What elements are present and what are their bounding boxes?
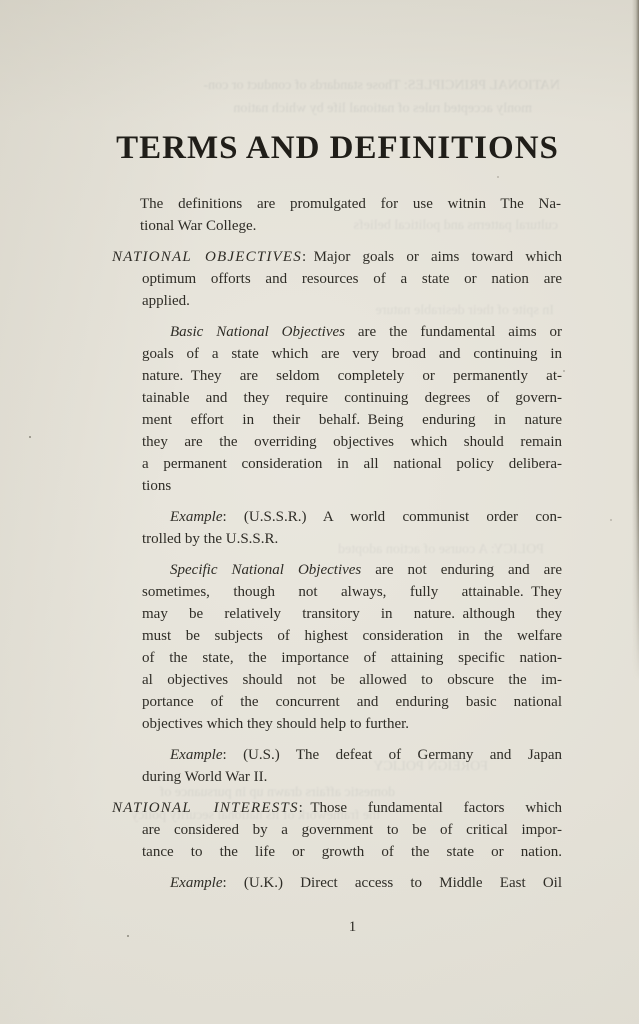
- text-line: optimum offorts and resources of a state…: [142, 268, 562, 290]
- text-segment: al objectives should not be allowed to o…: [142, 672, 562, 688]
- text-line: Example: (U.S.S.R.) A world communist or…: [142, 506, 562, 528]
- text-line: tance to the life or growth of the state…: [142, 841, 562, 863]
- text-line: applied.: [142, 290, 562, 312]
- text-line: sometimes, though not always, fully atta…: [142, 581, 562, 603]
- page-title: TERMS AND DEFINITIONS: [0, 130, 639, 167]
- text-segment: Example: [170, 875, 222, 891]
- text-segment: tainable and they require continuing deg…: [142, 390, 562, 406]
- text-segment: trolled by the U.S.S.R.: [142, 531, 278, 547]
- text-segment: must be subjects of highest consideratio…: [142, 628, 562, 644]
- text-segment: goals of a state which are very broad an…: [142, 346, 562, 362]
- text-segment: are considered by a government to be of …: [142, 822, 562, 838]
- text-line: may be relatively transitory in nature. …: [142, 603, 562, 625]
- text-line: must be subjects of highest consideratio…: [142, 625, 562, 647]
- text-segment: may be relatively transitory in nature. …: [142, 606, 562, 622]
- text-line: trolled by the U.S.S.R.: [142, 528, 562, 550]
- text-segment: a permanent consideration in all nationa…: [142, 456, 562, 472]
- text-segment: during World War II.: [142, 769, 267, 785]
- text-line: Example: (U.S.) The defeat of Germany an…: [142, 744, 562, 766]
- text-segment: optimum offorts and resources of a state…: [142, 271, 562, 287]
- text-line: NATIONAL INTERESTS: Those fundamental fa…: [112, 797, 562, 819]
- text-line: nature. They are seldom completely or pe…: [142, 365, 562, 387]
- text-segment: objectives which they should help to fur…: [142, 716, 409, 732]
- text-line: tainable and they require continuing deg…: [142, 387, 562, 409]
- basic-national-objectives-paragraph: Basic National Objectives are the fundam…: [142, 321, 562, 497]
- text-segment: : (U.S.S.R.) A world communist order con…: [222, 509, 562, 525]
- text-line: The definitions are promulgated for use …: [140, 193, 561, 215]
- specific-national-objectives-paragraph: Specific National Objectives are not end…: [142, 559, 562, 735]
- text-segment: are the fundamental aims or: [345, 324, 562, 340]
- text-segment: : (U.S.) The defeat of Germany and Japan: [222, 747, 562, 763]
- scanned-page: NATIONAL PRINCIPLES: Those standards of …: [0, 0, 639, 1024]
- text-segment: tional War College.: [140, 218, 256, 234]
- text-line: tions: [142, 475, 562, 497]
- text-line: they are the overriding objectives which…: [142, 431, 562, 453]
- text-segment: Specific National Objectives: [170, 562, 361, 578]
- text-line: a permanent consideration in all nationa…: [142, 453, 562, 475]
- text-segment: applied.: [142, 293, 190, 309]
- text-segment: Example: [170, 747, 222, 763]
- paper-speck: [497, 176, 499, 178]
- bleedthrough-text: NATIONAL PRINCIPLES: Those standards of …: [108, 76, 560, 96]
- term-national-objectives: NATIONAL OBJECTIVES: Major goals or aims…: [142, 246, 562, 312]
- text-line: objectives which they should help to fur…: [142, 713, 562, 735]
- text-line: goals of a state which are very broad an…: [142, 343, 562, 365]
- example-us: Example: (U.S.) The defeat of Germany an…: [142, 744, 562, 788]
- text-segment: ment effort in their behalf. Being endur…: [142, 412, 562, 428]
- intro-paragraph: The definitions are promulgated for use …: [140, 193, 561, 237]
- text-segment: tance to the life or growth of the state…: [142, 844, 562, 860]
- text-segment: : Major goals or aims toward which: [302, 249, 562, 265]
- document-body: The definitions are promulgated for use …: [0, 193, 639, 903]
- text-line: Specific National Objectives are not end…: [142, 559, 562, 581]
- text-line: NATIONAL OBJECTIVES: Major goals or aims…: [112, 246, 562, 268]
- text-segment: nature. They are seldom completely or pe…: [142, 368, 562, 384]
- text-line: al objectives should not be allowed to o…: [142, 669, 562, 691]
- term-name: NATIONAL OBJECTIVES: [112, 249, 302, 265]
- text-line: portance of the concurrent and enduring …: [142, 691, 562, 713]
- text-segment: sometimes, though not always, fully atta…: [142, 584, 562, 600]
- text-segment: Example: [170, 509, 222, 525]
- text-line: are considered by a government to be of …: [142, 819, 562, 841]
- text-line: of the state, the importance of attainin…: [142, 647, 562, 669]
- text-segment: Basic National Objectives: [170, 324, 345, 340]
- term-name: NATIONAL INTERESTS: [112, 800, 299, 816]
- text-line: ment effort in their behalf. Being endur…: [142, 409, 562, 431]
- text-segment: portance of the concurrent and enduring …: [142, 694, 562, 710]
- text-segment: tions: [142, 478, 171, 494]
- text-segment: : (U.K.) Direct access to Middle East Oi…: [222, 875, 562, 891]
- term-national-interests: NATIONAL INTERESTS: Those fundamental fa…: [142, 797, 562, 863]
- text-segment: are not enduring and are: [361, 562, 562, 578]
- example-uk: Example: (U.K.) Direct access to Middle …: [142, 872, 562, 894]
- text-line: Basic National Objectives are the fundam…: [142, 321, 562, 343]
- text-segment: The definitions are promulgated for use …: [140, 196, 561, 212]
- text-segment: : Those fundamental factors which: [299, 800, 562, 816]
- text-line: during World War II.: [142, 766, 562, 788]
- text-line: tional War College.: [140, 215, 561, 237]
- page-number: 1: [0, 919, 639, 936]
- text-line: Example: (U.K.) Direct access to Middle …: [142, 872, 562, 894]
- text-segment: of the state, the importance of attainin…: [142, 650, 562, 666]
- example-ussr: Example: (U.S.S.R.) A world communist or…: [142, 506, 562, 550]
- text-segment: they are the overriding objectives which…: [142, 434, 562, 450]
- bleedthrough-text: monly accepted rules of national life by…: [130, 99, 532, 119]
